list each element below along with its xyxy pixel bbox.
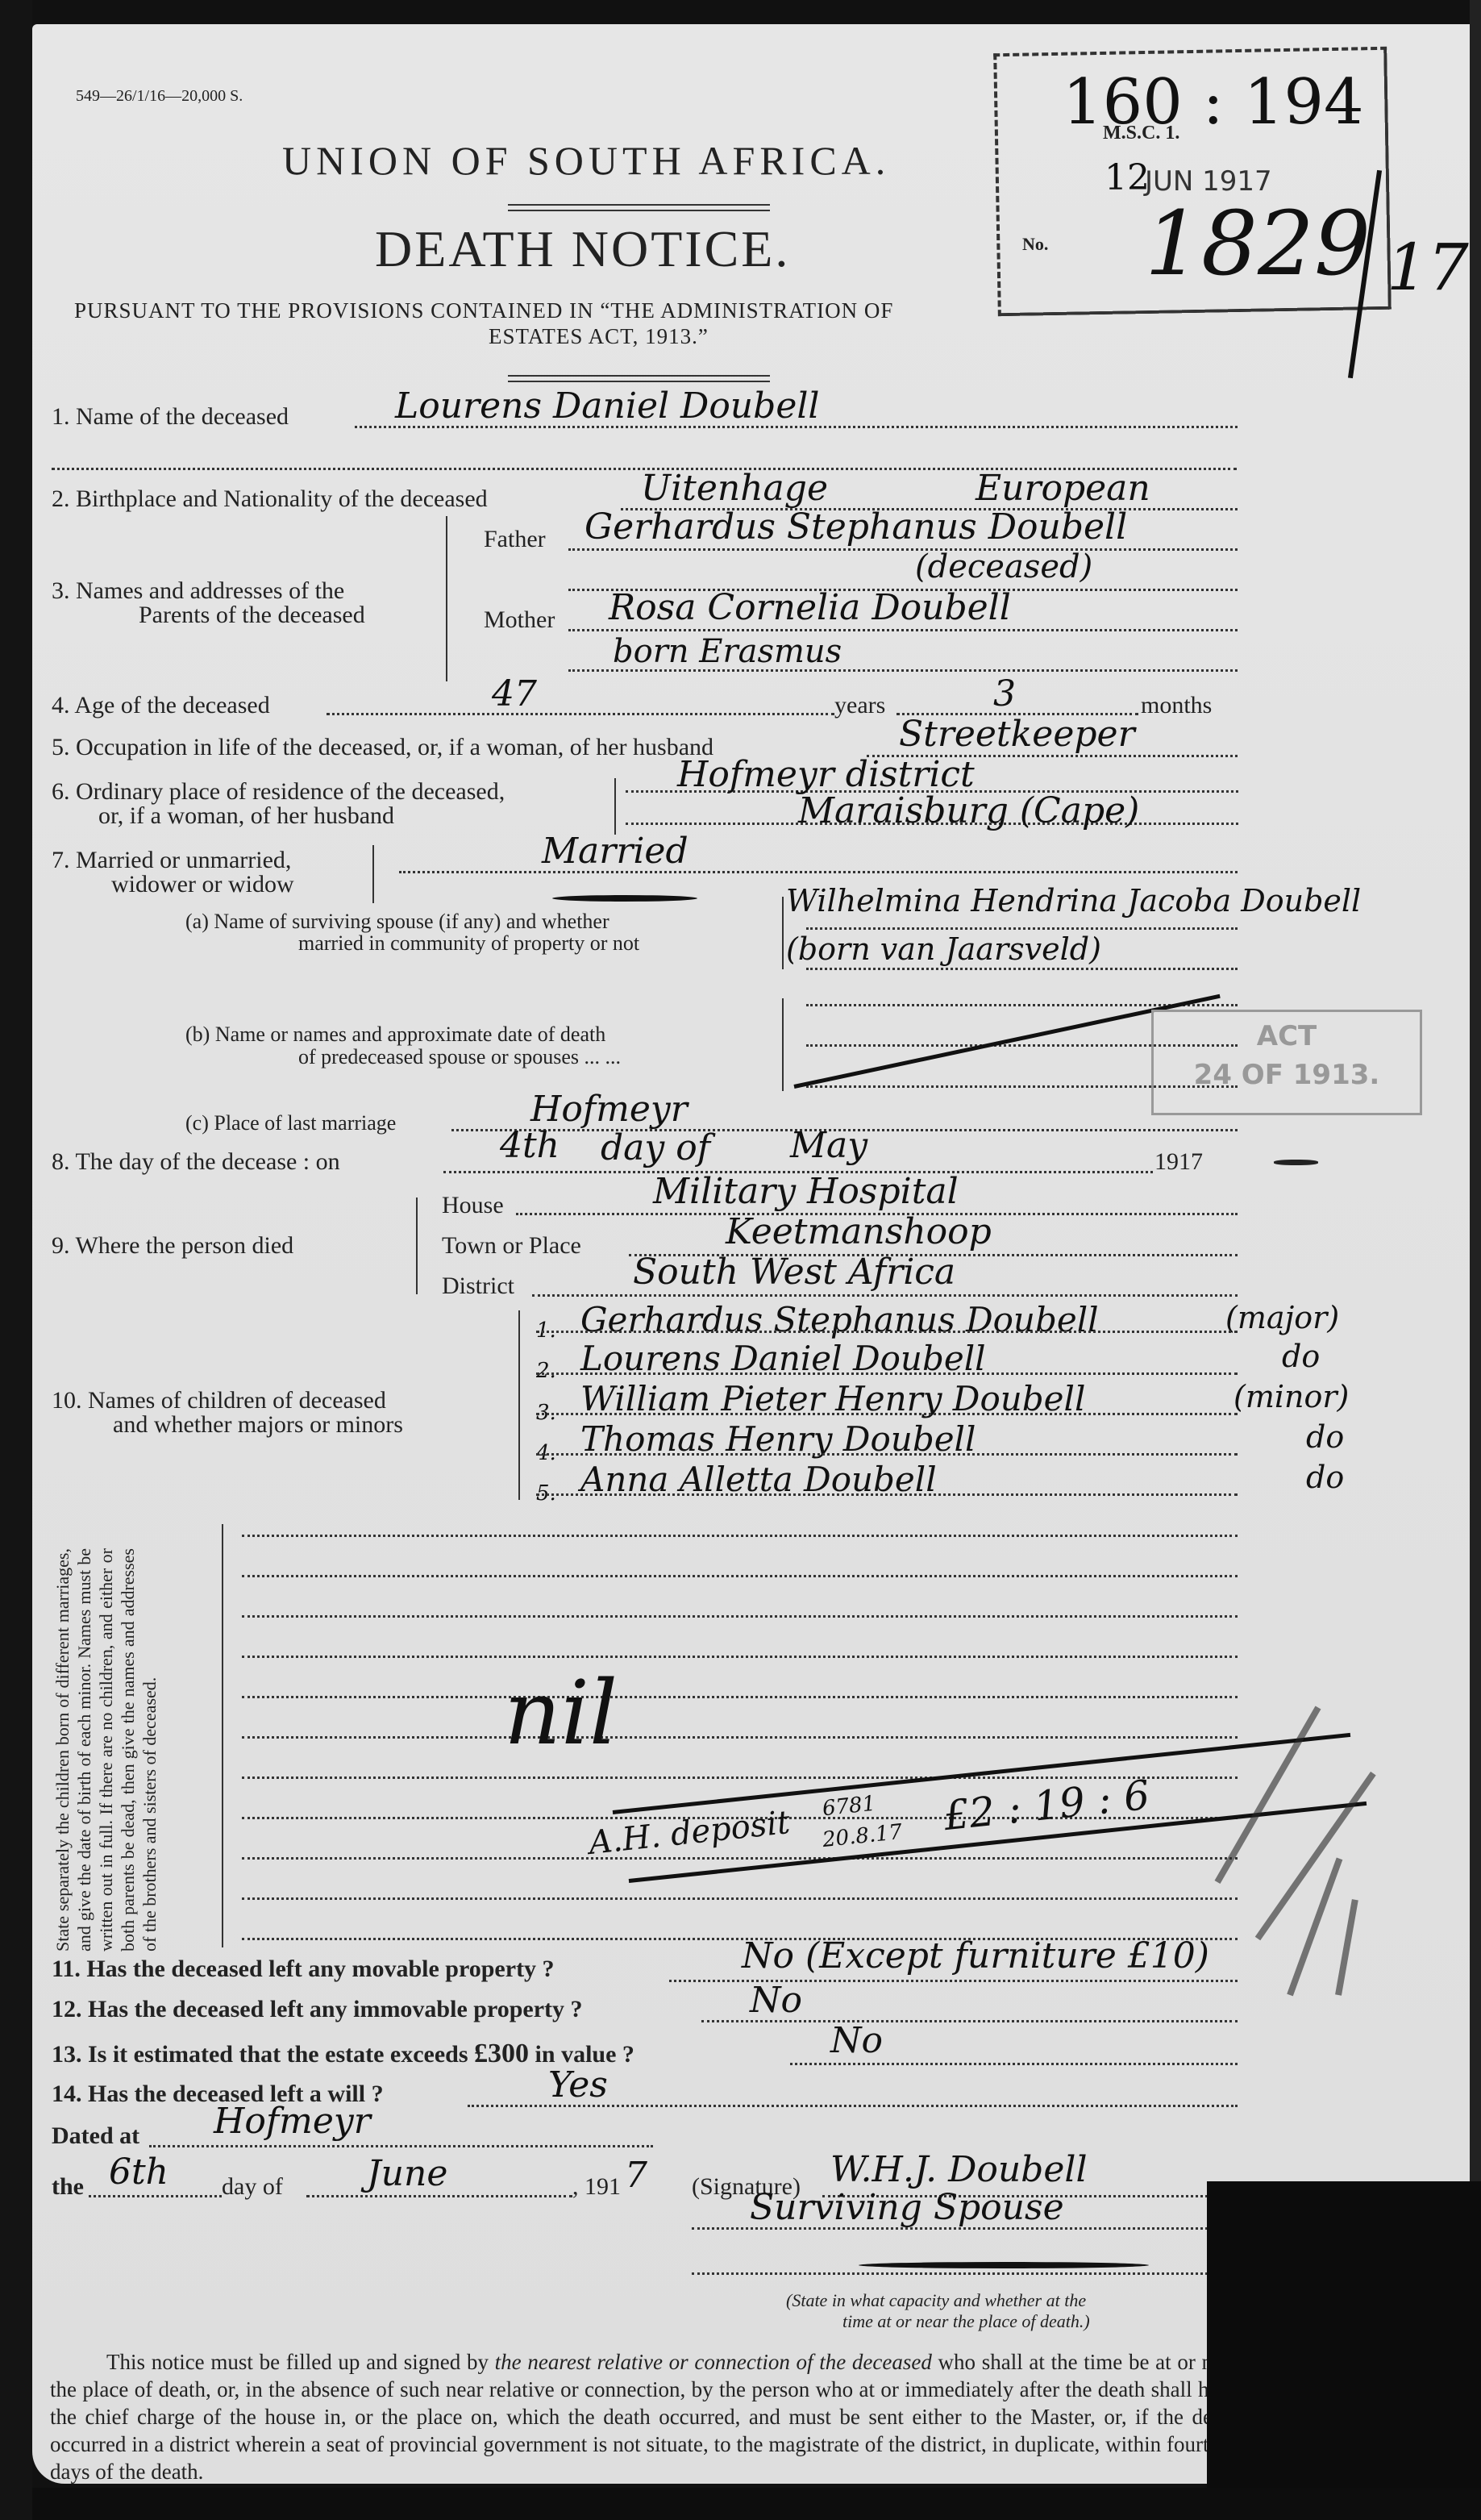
- q7b-label-line1: (b) Name or names and approximate date o…: [185, 1023, 605, 1047]
- house-value[interactable]: Military Hospital: [653, 1171, 959, 1212]
- q12-label: 12. Has the deceased left any immovable …: [52, 1996, 583, 2023]
- q8-month-value[interactable]: May: [790, 1125, 867, 1166]
- q6-brace: [614, 778, 616, 835]
- child-status[interactable]: do: [1282, 1339, 1320, 1374]
- mother-value[interactable]: Rosa Cornelia Doubell: [609, 587, 1011, 628]
- dated-year-prefix: , 191: [572, 2173, 621, 2201]
- mother-note[interactable]: born Erasmus: [613, 633, 842, 670]
- mother-label: Mother: [484, 606, 555, 634]
- page-bottom-shadow: [0, 2488, 1481, 2520]
- dated-at-dotted-line: [149, 2145, 653, 2147]
- q12-value[interactable]: No: [750, 1980, 802, 2021]
- father-value[interactable]: Gerhardus Stephanus Doubell: [584, 506, 1127, 548]
- capacity-dotted-line-2: [692, 2272, 1238, 2275]
- q6-label-line2: or, if a woman, of her husband: [98, 802, 394, 830]
- blank-line: [242, 1857, 1238, 1860]
- q7-brace: [372, 845, 374, 903]
- child-status[interactable]: do: [1306, 1419, 1344, 1455]
- q8-day-label: day of: [601, 1127, 710, 1168]
- q14-value[interactable]: Yes: [548, 2064, 608, 2106]
- country-heading: UNION OF SOUTH AFRICA.: [282, 137, 890, 184]
- q3-label-line1: 3. Names and addresses of the: [52, 577, 344, 605]
- q7-dotted-line: [399, 871, 1238, 873]
- q8-margin-mark: [1274, 1160, 1318, 1165]
- q2-label: 2. Birthplace and Nationality of the dec…: [52, 485, 488, 513]
- page-edge-shadow: [1470, 0, 1481, 2520]
- stamp-office: M.S.C. 1.: [1103, 123, 1179, 144]
- divider: [508, 375, 770, 377]
- q4-years-value[interactable]: 47: [492, 673, 537, 714]
- q7-underline-mark: [552, 895, 697, 902]
- q4-months-value[interactable]: 3: [993, 673, 1016, 714]
- blank-line: [242, 1535, 1238, 1537]
- q3-label-line2: Parents of the deceased: [139, 602, 365, 629]
- dated-at-value[interactable]: Hofmeyr: [214, 2101, 371, 2142]
- q6-value-line1[interactable]: Hofmeyr district: [677, 754, 975, 795]
- dated-day-of-label: day of: [222, 2173, 283, 2201]
- blank-line: [242, 1575, 1238, 1577]
- father-note[interactable]: (deceased): [915, 548, 1092, 585]
- dated-year-suffix[interactable]: 7: [625, 2155, 647, 2196]
- q7a-dotted-line-2: [806, 968, 1238, 970]
- town-value[interactable]: Keetmanshoop: [726, 1211, 992, 1252]
- act-stamp: ACT 24 OF 1913.: [1151, 1010, 1422, 1115]
- q7c-label: (c) Place of last marriage: [185, 1111, 396, 1135]
- q5-value[interactable]: Streetkeeper: [899, 714, 1135, 755]
- footer-italic: the nearest relative or connection of th…: [495, 2350, 932, 2374]
- q2-birthplace[interactable]: Uitenhage: [641, 468, 828, 509]
- q7-label-line2: widower or widow: [111, 871, 294, 898]
- q10-label-line2: and whether majors or minors: [113, 1411, 403, 1439]
- q7b-label-line2: of predeceased spouse or spouses ... ...: [298, 1045, 621, 1069]
- signature-value[interactable]: W.H.J. Doubell: [830, 2149, 1088, 2190]
- blank-line: [242, 1656, 1238, 1658]
- q5-label: 5. Occupation in life of the deceased, o…: [52, 734, 713, 761]
- footer-part1: This notice must be filled up and signed…: [106, 2350, 495, 2374]
- child-dotted-line: [536, 1493, 1238, 1496]
- blank-line: [242, 1736, 1238, 1739]
- signature-capacity[interactable]: Surviving Spouse: [750, 2187, 1064, 2228]
- subtitle-line1: PURSUANT TO THE PROVISIONS CONTAINED IN …: [74, 298, 893, 323]
- father-dotted-line: [568, 548, 1238, 551]
- q8-year-value[interactable]: 1917: [1154, 1148, 1203, 1176]
- q13-value[interactable]: No: [830, 2020, 883, 2061]
- q4-months-label: months: [1141, 692, 1212, 719]
- q7a-label-line2: married in community of property or not: [298, 931, 639, 956]
- stamp-no-label: No.: [1022, 234, 1048, 255]
- child-number: 2.: [536, 1359, 556, 1383]
- q13-dotted-line: [790, 2063, 1238, 2065]
- subtitle-line2: ESTATES ACT, 1913.”: [489, 324, 709, 349]
- signature-instruction-line1: (State in what capacity and whether at t…: [786, 2290, 1086, 2311]
- footer-note: This notice must be filled up and signed…: [50, 2348, 1239, 2485]
- margin-mark: 17: [1387, 230, 1469, 305]
- dated-at-label: Dated at: [52, 2122, 139, 2150]
- q13-label-amount: £300: [474, 2039, 529, 2068]
- dated-the-label: the: [52, 2173, 84, 2201]
- divider: [508, 210, 770, 211]
- stamp-date-day: 12: [1105, 157, 1150, 198]
- child-dotted-line: [536, 1331, 1238, 1333]
- signature-instruction-line2: time at or near the place of death.): [842, 2311, 1090, 2332]
- q7c-value[interactable]: Hofmeyr: [530, 1089, 688, 1130]
- mother-dotted-line: [568, 629, 1238, 631]
- q11-value[interactable]: No (Except furniture £10): [742, 1935, 1209, 1976]
- capacity-flourish: [859, 2262, 1149, 2268]
- q7-label-line1: 7. Married or unmarried,: [52, 847, 291, 874]
- q7-value[interactable]: Married: [542, 831, 688, 872]
- q2-nationality[interactable]: European: [976, 468, 1150, 509]
- q4-years-dotted: [327, 713, 834, 715]
- district-dotted-line: [532, 1294, 1238, 1297]
- child-status[interactable]: (minor): [1233, 1379, 1349, 1414]
- q13-label-pre: 13. Is it estimated that the estate exce…: [52, 2041, 468, 2068]
- q10-label-line1: 10. Names of children of deceased: [52, 1387, 386, 1414]
- q1-label: 1. Name of the deceased: [52, 403, 289, 431]
- child-status[interactable]: (major): [1225, 1300, 1339, 1335]
- district-label: District: [442, 1272, 514, 1300]
- print-code: 549—26/1/16—20,000 S.: [76, 87, 243, 106]
- house-label: House: [442, 1192, 504, 1219]
- q4-years-label: years: [834, 692, 885, 719]
- q9-brace: [416, 1198, 418, 1294]
- blank-line: [242, 1897, 1238, 1900]
- q6-label-line1: 6. Ordinary place of residence of the de…: [52, 778, 505, 806]
- child-dotted-line: [536, 1372, 1238, 1375]
- dated-day-value[interactable]: 6th: [109, 2151, 168, 2193]
- blank-line: [242, 1615, 1238, 1618]
- q7a-value-line2[interactable]: (born van Jaarsveld): [786, 931, 1101, 967]
- page-title: DEATH NOTICE.: [375, 219, 790, 279]
- act-stamp-line1: ACT: [1154, 1020, 1420, 1052]
- dated-day-dotted-line: [89, 2195, 222, 2197]
- page-left-shadow: [0, 0, 32, 2520]
- child-status[interactable]: do: [1306, 1460, 1344, 1495]
- q3-brace: [446, 516, 447, 681]
- q6-value-line2[interactable]: Maraisburg (Cape): [798, 790, 1139, 831]
- dated-month-value[interactable]: June: [367, 2153, 447, 2194]
- child-dotted-line: [536, 1453, 1238, 1456]
- page-shadow-corner: [1207, 2181, 1481, 2520]
- q13-label: 13. Is it estimated that the estate exce…: [52, 2039, 634, 2069]
- q11-label: 11. Has the deceased left any movable pr…: [52, 1956, 555, 1983]
- q10-brace: [518, 1310, 520, 1500]
- stamp-number: 1829: [1145, 192, 1371, 295]
- child-name[interactable]: Gerhardus Stephanus Doubell: [580, 1300, 1099, 1339]
- divider: [508, 204, 770, 206]
- blank-line: [242, 1696, 1238, 1698]
- mother-dotted-line-2: [568, 669, 1238, 672]
- child-dotted-line: [536, 1413, 1238, 1415]
- district-value[interactable]: South West Africa: [633, 1252, 955, 1293]
- q8-day-value[interactable]: 4th: [500, 1125, 560, 1166]
- q7a-brace: [782, 897, 784, 969]
- q7a-label-line1: (a) Name of surviving spouse (if any) an…: [185, 910, 609, 934]
- q7b-brace: [782, 998, 784, 1091]
- separate-children-value[interactable]: nil: [504, 1661, 618, 1764]
- q1-value[interactable]: Lourens Daniel Doubell: [395, 385, 820, 427]
- act-stamp-line2: 24 OF 1913.: [1154, 1059, 1420, 1091]
- q7a-value-line1[interactable]: Wilhelmina Hendrina Jacoba Doubell: [786, 883, 1361, 918]
- q8-label: 8. The day of the decease : on: [52, 1148, 340, 1176]
- q9-label: 9. Where the person died: [52, 1232, 293, 1260]
- q4-label: 4. Age of the deceased: [52, 692, 270, 719]
- divider: [508, 381, 770, 382]
- dated-month-dotted-line: [306, 2195, 572, 2197]
- father-label: Father: [484, 526, 546, 553]
- town-label: Town or Place: [442, 1232, 581, 1260]
- q7a-dotted-line: [806, 927, 1238, 930]
- separate-children-note: State separately the children born of di…: [52, 1548, 160, 1951]
- separate-children-brace: [222, 1524, 223, 1947]
